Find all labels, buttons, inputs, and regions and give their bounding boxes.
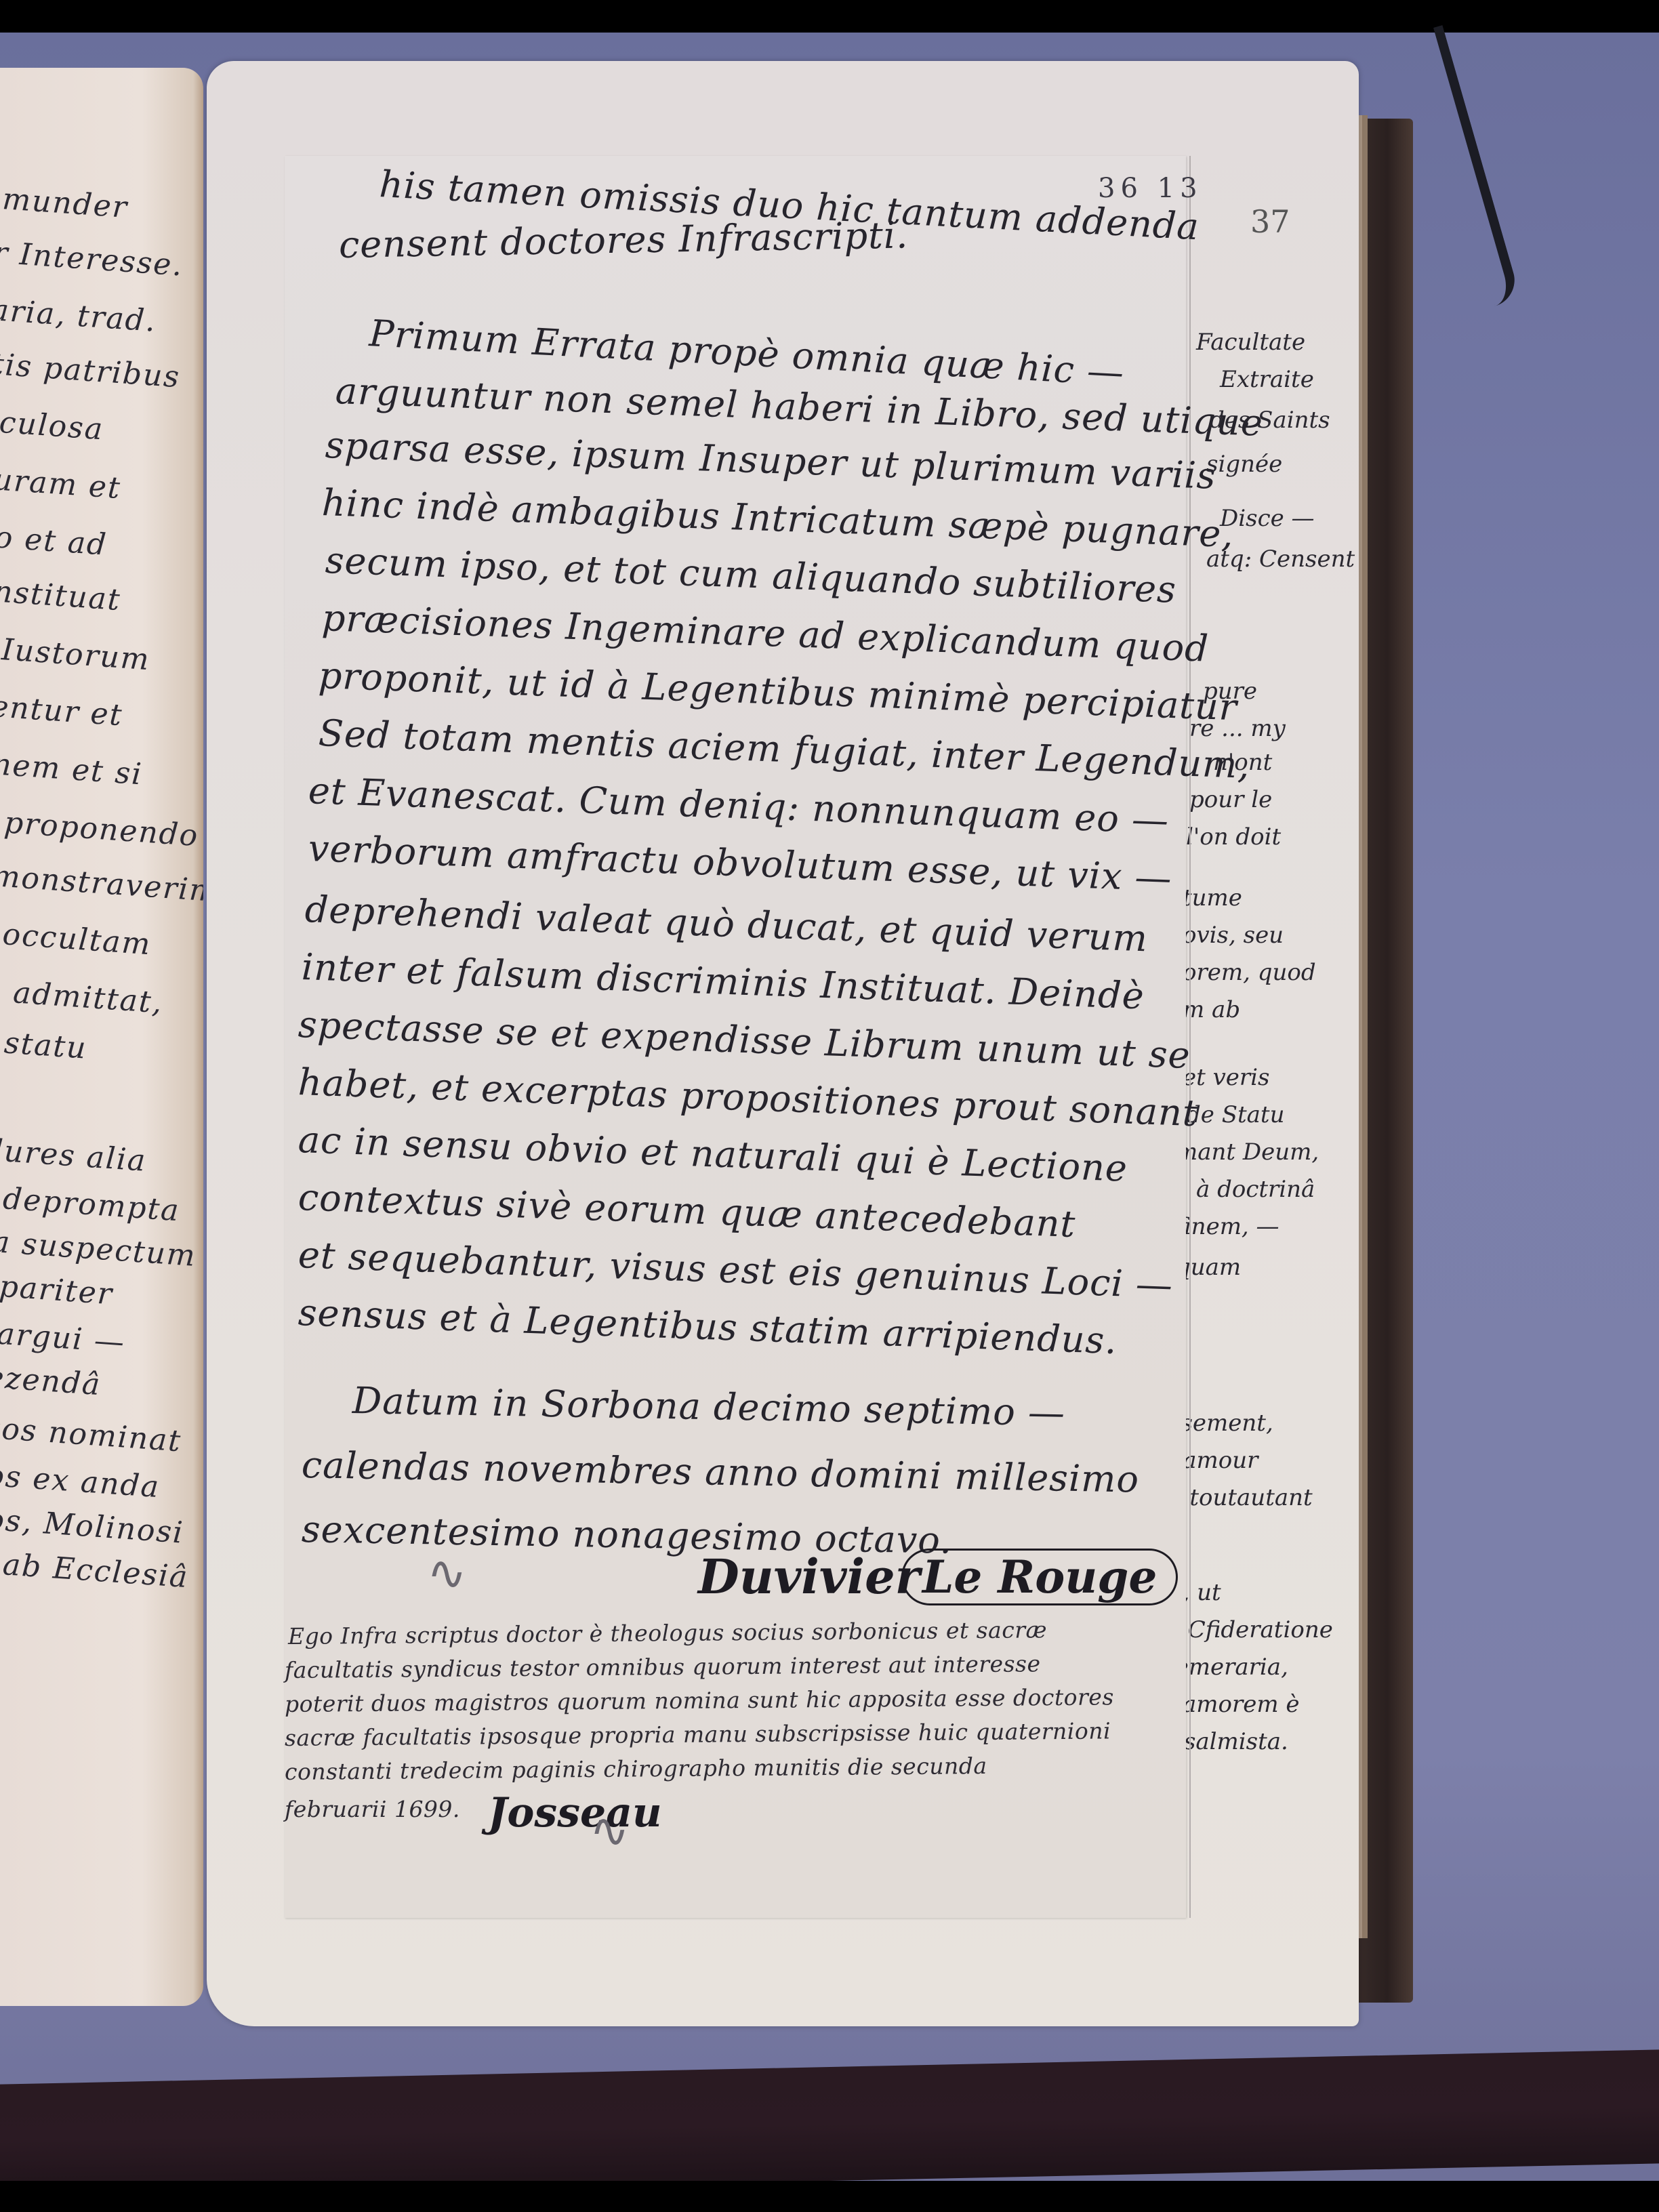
note-line: februarii 1699. — [285, 1796, 460, 1822]
left-page-line: o deprompta — [0, 1179, 197, 1229]
margin-fragment: amorem è — [1183, 1691, 1300, 1718]
margin-fragment: m ab — [1183, 996, 1240, 1023]
margin-fragment: orem, quod — [1183, 959, 1316, 986]
left-page-line: lio et ad — [0, 518, 197, 569]
letterbox-top — [0, 0, 1659, 33]
margin-fragment: Extraite — [1220, 366, 1314, 393]
left-page-line: riculosa — [0, 403, 197, 453]
left-page-line: tos, Molinosi — [0, 1501, 197, 1551]
margin-fragment: signée — [1206, 451, 1282, 478]
margin-fragment: l'on doit — [1186, 823, 1281, 851]
folio-number: 37 — [1250, 203, 1290, 240]
margin-fragment: mant Deum, — [1176, 1139, 1319, 1166]
left-page-line: ur Interesse. — [0, 234, 197, 284]
left-page-line: t argui — — [0, 1315, 197, 1365]
margin-fragment: it toutautant — [1166, 1484, 1313, 1511]
signature-le-rouge: Le Rouge — [901, 1549, 1178, 1605]
margin-fragment: Facultate — [1196, 329, 1305, 356]
left-page-line: varia, trad. — [0, 291, 197, 342]
letterbox-bottom — [0, 2181, 1659, 2212]
left-page-line: mmunder — [0, 180, 197, 230]
left-page-line: emonstraverim — [0, 857, 197, 907]
left-page-line: c Iustorum — [0, 630, 197, 680]
signature-josseau: Josseau — [488, 1789, 662, 1837]
paraph-mark: ∿ — [590, 1803, 630, 1858]
left-page-line: n proponendo — [0, 803, 197, 853]
margin-fragment: et veris — [1183, 1064, 1270, 1091]
margin-fragment: de Statu — [1186, 1101, 1284, 1128]
signature-duvivier: Duvivier — [698, 1549, 920, 1605]
left-page-line: etis patribus — [0, 346, 197, 396]
left-page-line: icos nominat — [0, 1410, 197, 1460]
margin-fragment: tume — [1183, 884, 1242, 912]
left-page-line: r pariter — [0, 1267, 197, 1317]
margin-fragment: pour le — [1189, 786, 1272, 813]
margin-fragment: finem, — — [1176, 1213, 1279, 1240]
left-page-line: ea suspectum — [0, 1223, 197, 1273]
left-page-line: centur et — [0, 688, 197, 738]
slip-reference: 36 13 — [1098, 173, 1203, 204]
margin-fragment: à doctrinâ — [1196, 1176, 1315, 1203]
left-page-line: plures alia — [0, 1132, 197, 1182]
left-page-line: unstituat — [0, 573, 197, 623]
paraph-mark: ∿ — [427, 1545, 467, 1601]
left-page: mmunder ur Interesse. varia, trad. etis … — [0, 68, 203, 2006]
left-page-line: n statu — [0, 1023, 197, 1073]
margin-fragment: ovis, seu — [1183, 922, 1284, 949]
left-page-line: onem et si — [0, 745, 197, 796]
left-page-line: m admittat, — [0, 972, 197, 1023]
margin-fragment: Psalmista. — [1169, 1728, 1288, 1755]
left-page-line: e occultam — [0, 915, 197, 965]
left-page-line: a ab Ecclesiâ — [0, 1545, 197, 1595]
margin-fragment: n Cfideratione — [1166, 1616, 1333, 1643]
left-page-line: tos ex anda — [0, 1457, 197, 1507]
left-page-line: puram et — [0, 461, 197, 511]
left-page-line: tezendâ — [0, 1359, 197, 1409]
